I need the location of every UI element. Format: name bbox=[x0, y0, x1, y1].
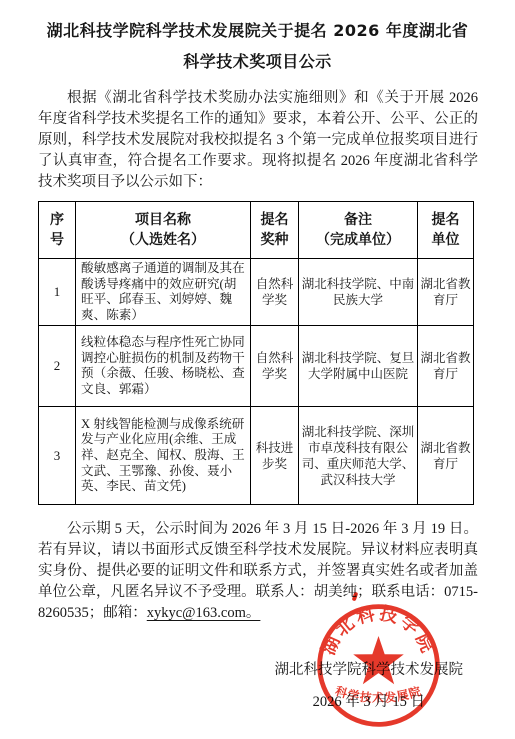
header-text: 提名 bbox=[418, 210, 473, 230]
header-nominating-unit: 提名 单位 bbox=[418, 202, 474, 259]
cell-serial-number: 1 bbox=[39, 259, 76, 326]
document-title: 湖北科技学院科学技术发展院关于提名 2026 年度湖北省 科学技术奖项目公示 bbox=[0, 15, 515, 77]
cell-project-name: 线粒体稳态与程序性死亡协同调控心脏损伤的机制及药物干预（余薇、任骏、杨晓松、查文… bbox=[76, 326, 251, 407]
document-page: 湖北科技学院科学技术发展院关于提名 2026 年度湖北省 科学技术奖项目公示 根… bbox=[0, 0, 515, 739]
signature-organization: 湖北科技学院科学技术发展院 bbox=[0, 660, 515, 681]
document-title-line-2: 科学技术奖项目公示 bbox=[0, 46, 515, 77]
cell-serial-number: 2 bbox=[39, 326, 76, 407]
cell-project-name: 酸敏感离子通道的调制及其在酸诱导疼痛中的效应研究(胡旺平、邱春玉、刘婷婷、魏爽、… bbox=[76, 259, 251, 326]
header-text: 号 bbox=[39, 230, 75, 250]
contact-email: xykyc@163.com。 bbox=[147, 605, 261, 621]
header-serial-number: 序 号 bbox=[39, 202, 76, 259]
table-header-row: 序 号 项目名称 （人选姓名） 提名 奖种 备注 （完成单位） 提名 单位 bbox=[39, 202, 474, 259]
header-remarks: 备注 （完成单位） bbox=[299, 202, 418, 259]
cell-award-type: 科技进步奖 bbox=[251, 407, 299, 505]
intro-paragraph: 根据《湖北省科学技术奖励办法实施细则》和《关于开展 2026 年度省科学技术奖提… bbox=[38, 88, 478, 193]
cell-nominating-unit: 湖北省教育厅 bbox=[418, 326, 474, 407]
cell-organizations: 湖北科技学院、复旦大学附属中山医院 bbox=[299, 326, 418, 407]
table-row: 2 线粒体稳态与程序性死亡协同调控心脏损伤的机制及药物干预（余薇、任骏、杨晓松、… bbox=[39, 326, 474, 407]
signature-date: 2026 年 3 月 15 日 bbox=[0, 692, 515, 713]
table-row: 3 X 射线智能检测与成像系统研发与产业化应用(余维、王成祥、赵克全、闻权、殷海… bbox=[39, 407, 474, 505]
cell-project-name: X 射线智能检测与成像系统研发与产业化应用(余维、王成祥、赵克全、闻权、殷海、王… bbox=[76, 407, 251, 505]
notice-paragraph: 公示期 5 天，公示时间为 2026 年 3 月 15 日-2026 年 3 月… bbox=[38, 519, 478, 624]
cell-award-type: 自然科学奖 bbox=[251, 259, 299, 326]
header-text: 单位 bbox=[418, 230, 473, 250]
cell-organizations: 湖北科技学院、中南民族大学 bbox=[299, 259, 418, 326]
projects-table: 序 号 项目名称 （人选姓名） 提名 奖种 备注 （完成单位） 提名 单位 bbox=[38, 201, 474, 505]
document-title-line-1: 湖北科技学院科学技术发展院关于提名 2026 年度湖北省 bbox=[0, 15, 515, 46]
header-text: （完成单位） bbox=[299, 230, 417, 250]
header-text: 奖种 bbox=[251, 230, 298, 250]
header-text: （人选姓名） bbox=[76, 230, 250, 250]
cell-organizations: 湖北科技学院、深圳市卓茂科技有限公司、重庆师范大学、武汉科技大学 bbox=[299, 407, 418, 505]
cell-award-type: 自然科学奖 bbox=[251, 326, 299, 407]
header-text: 备注 bbox=[299, 210, 417, 230]
table-row: 1 酸敏感离子通道的调制及其在酸诱导疼痛中的效应研究(胡旺平、邱春玉、刘婷婷、魏… bbox=[39, 259, 474, 326]
header-text: 提名 bbox=[251, 210, 298, 230]
header-project-name: 项目名称 （人选姓名） bbox=[76, 202, 251, 259]
header-text: 项目名称 bbox=[76, 210, 250, 230]
header-text: 序 bbox=[39, 210, 75, 230]
cell-nominating-unit: 湖北省教育厅 bbox=[418, 407, 474, 505]
cell-serial-number: 3 bbox=[39, 407, 76, 505]
cell-nominating-unit: 湖北省教育厅 bbox=[418, 259, 474, 326]
header-award-type: 提名 奖种 bbox=[251, 202, 299, 259]
